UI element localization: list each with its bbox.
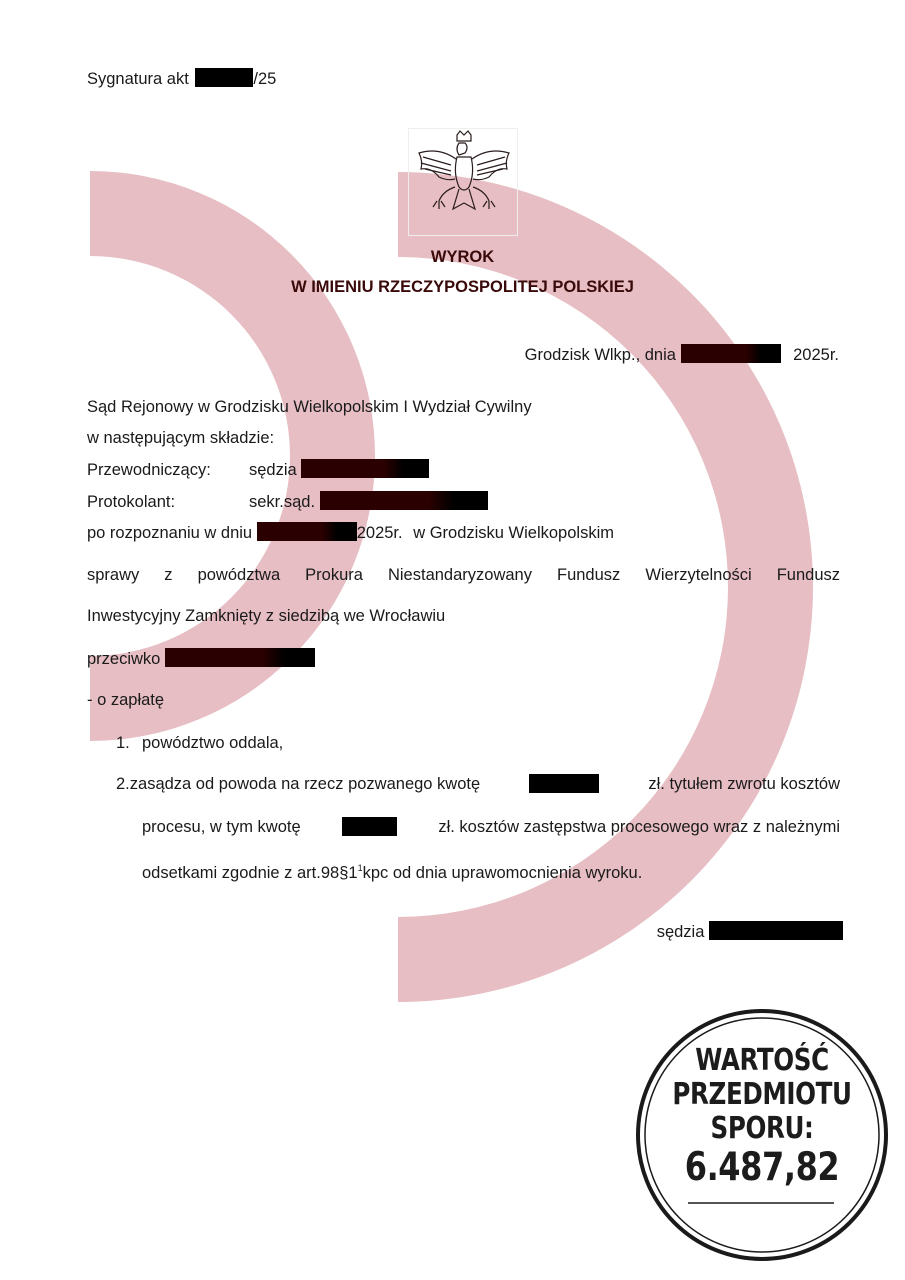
ruling-2-line3: odsetkami zgodnie z art.98§11kpc od dnia…	[142, 858, 642, 883]
redaction	[529, 774, 599, 793]
composition-label: w następującym składzie:	[87, 428, 274, 448]
document-title: WYROK	[0, 248, 905, 267]
stamp-line-1: WARTOŚĆ	[659, 1043, 866, 1078]
redaction	[257, 522, 357, 541]
case-subject: - o zapłatę	[87, 690, 164, 710]
court-judgment-page: Sygnatura akt /25	[0, 0, 905, 1280]
defendant-line: przeciwko	[87, 648, 315, 669]
redaction	[320, 491, 488, 510]
redaction	[342, 817, 397, 836]
redaction	[301, 459, 429, 478]
case-description-line2: Inwestycyjny Zamknięty z siedzibą we Wro…	[87, 606, 445, 626]
polish-eagle-emblem-icon	[408, 128, 518, 236]
document-subtitle: W IMIENIU RZECZYPOSPOLITEJ POLSKIEJ	[0, 278, 905, 297]
stamp-value: 6.487,82	[659, 1145, 866, 1190]
presiding-judge-line: Przewodniczący:sędzia	[87, 459, 429, 480]
case-description-line1: sprawy z powództwa Prokura Niestandaryzo…	[87, 565, 840, 585]
stamp-line-2: PRZEDMIOTU	[659, 1077, 866, 1112]
redaction	[165, 648, 315, 667]
stamp-line-3: SPORU:	[659, 1111, 866, 1146]
dispute-value-stamp: WARTOŚĆ PRZEDMIOTU SPORU: 6.487,82	[636, 1005, 888, 1265]
redaction	[709, 921, 843, 940]
hearing-line: po rozpoznaniu w dniu 2025r. w Grodzisku…	[87, 522, 614, 543]
date-line: Grodzisk Wlkp., dnia 2025r.	[525, 344, 839, 365]
redaction	[681, 344, 781, 363]
case-signature: Sygnatura akt /25	[87, 68, 276, 89]
ruling-2-line2: procesu, w tym kwotę zł. kosztów zastęps…	[142, 817, 840, 837]
ruling-2-line1: 2.zasądza od powoda na rzecz pozwanego k…	[116, 774, 840, 794]
ruling-1: 1.powództwo oddala,	[116, 733, 283, 753]
redaction	[195, 68, 253, 87]
clerk-line: Protokolant:sekr.sąd.	[87, 491, 488, 512]
judge-signature: sędzia	[657, 921, 843, 942]
court-name: Sąd Rejonowy w Grodzisku Wielkopolskim I…	[87, 397, 532, 417]
